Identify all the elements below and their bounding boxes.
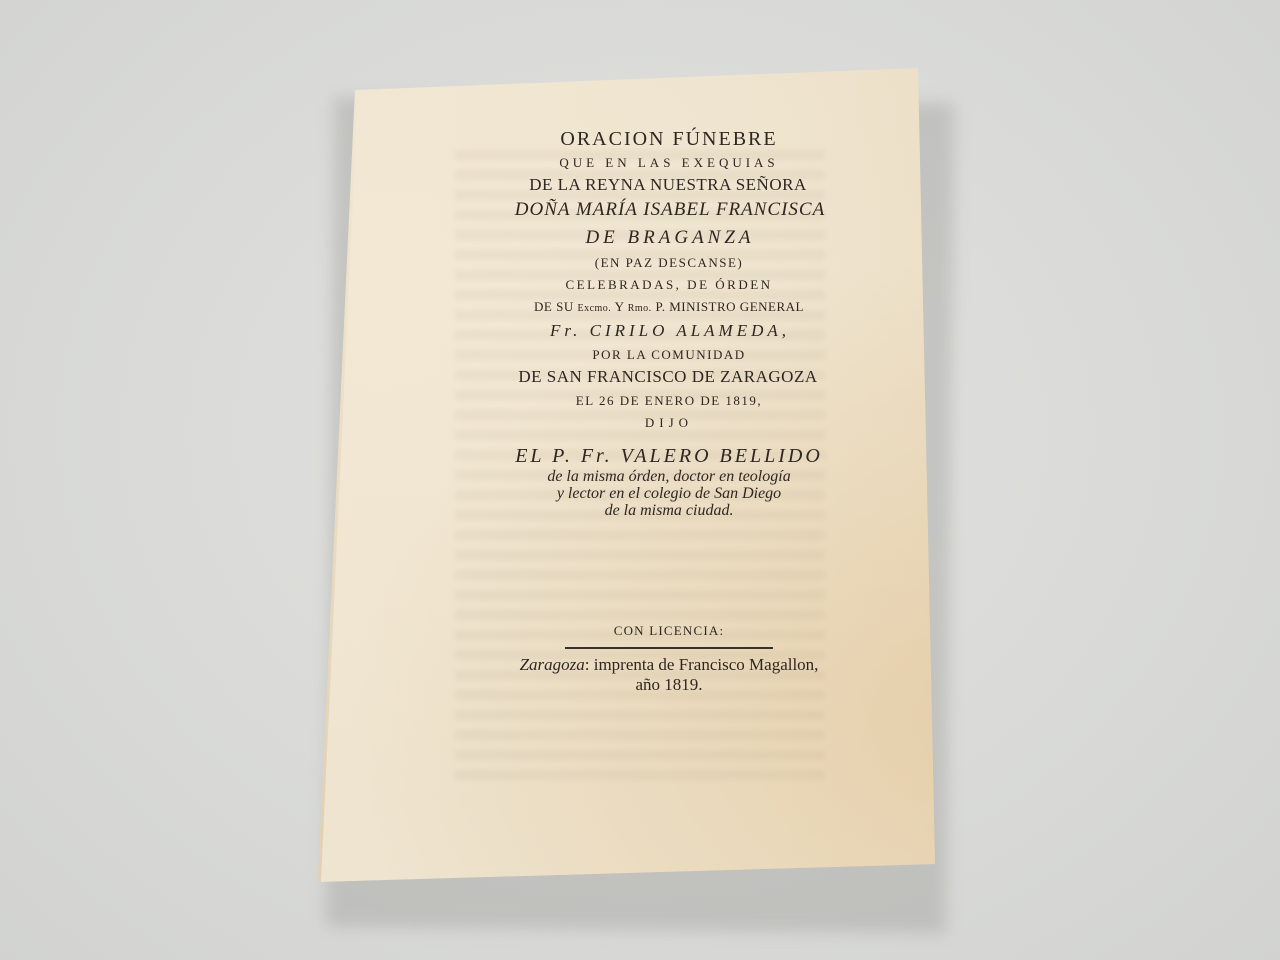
minister-name: Fr. CIRILO ALAMEDA, — [440, 321, 900, 341]
license-line: CON LICENCIA: — [438, 623, 900, 639]
imprint-year: año 1819. — [438, 675, 900, 695]
queen-house: DE BRAGANZA — [440, 227, 900, 249]
community-line: POR LA COMUNIDAD — [438, 347, 900, 363]
order-excmo: Excmo. — [577, 303, 611, 314]
author-desc-2: y lector en el colegio de San Diego — [438, 485, 900, 502]
order-y: Y — [615, 299, 624, 314]
imprint-line: Zaragoza: imprenta de Francisco Magallon… — [438, 655, 900, 675]
queen-name: DOÑA MARÍA ISABEL FRANCISCA — [440, 199, 900, 221]
order-suffix: P. MINISTRO GENERAL — [655, 299, 804, 314]
title: ORACION FÚNEBRE — [438, 128, 900, 151]
imprint-rest: : imprenta de Francisco Magallon, — [585, 655, 819, 674]
author-desc-3: de la misma ciudad. — [438, 502, 900, 519]
title-page-text: ORACION FÚNEBRE QUE EN LAS EXEQUIAS DE L… — [400, 128, 900, 695]
divider-rule — [565, 647, 773, 649]
order-rmo: Rmo. — [628, 303, 652, 314]
author-name: EL P. Fr. VALERO BELLIDO — [438, 445, 900, 468]
author-desc-1: de la misma órden, doctor en teología — [438, 468, 900, 485]
pamphlet-page: ORACION FÚNEBRE QUE EN LAS EXEQUIAS DE L… — [0, 0, 1280, 960]
said-line: DIJO — [438, 415, 900, 431]
date-line: EL 26 DE ENERO DE 1819, — [438, 393, 900, 409]
queen-line: DE LA REYNA NUESTRA SEÑORA — [436, 175, 900, 195]
imprint-city: Zaragoza — [520, 655, 585, 674]
order-line: DE SU Excmo. Y Rmo. P. MINISTRO GENERAL — [438, 299, 900, 315]
subtitle: QUE EN LAS EXEQUIAS — [438, 155, 900, 171]
celebrated-line: CELEBRADAS, DE ÓRDEN — [438, 277, 900, 293]
rip-line: (EN PAZ DESCANSE) — [438, 255, 900, 271]
convent-line: DE SAN FRANCISCO DE ZARAGOZA — [436, 367, 900, 387]
order-prefix: DE SU — [534, 299, 574, 314]
